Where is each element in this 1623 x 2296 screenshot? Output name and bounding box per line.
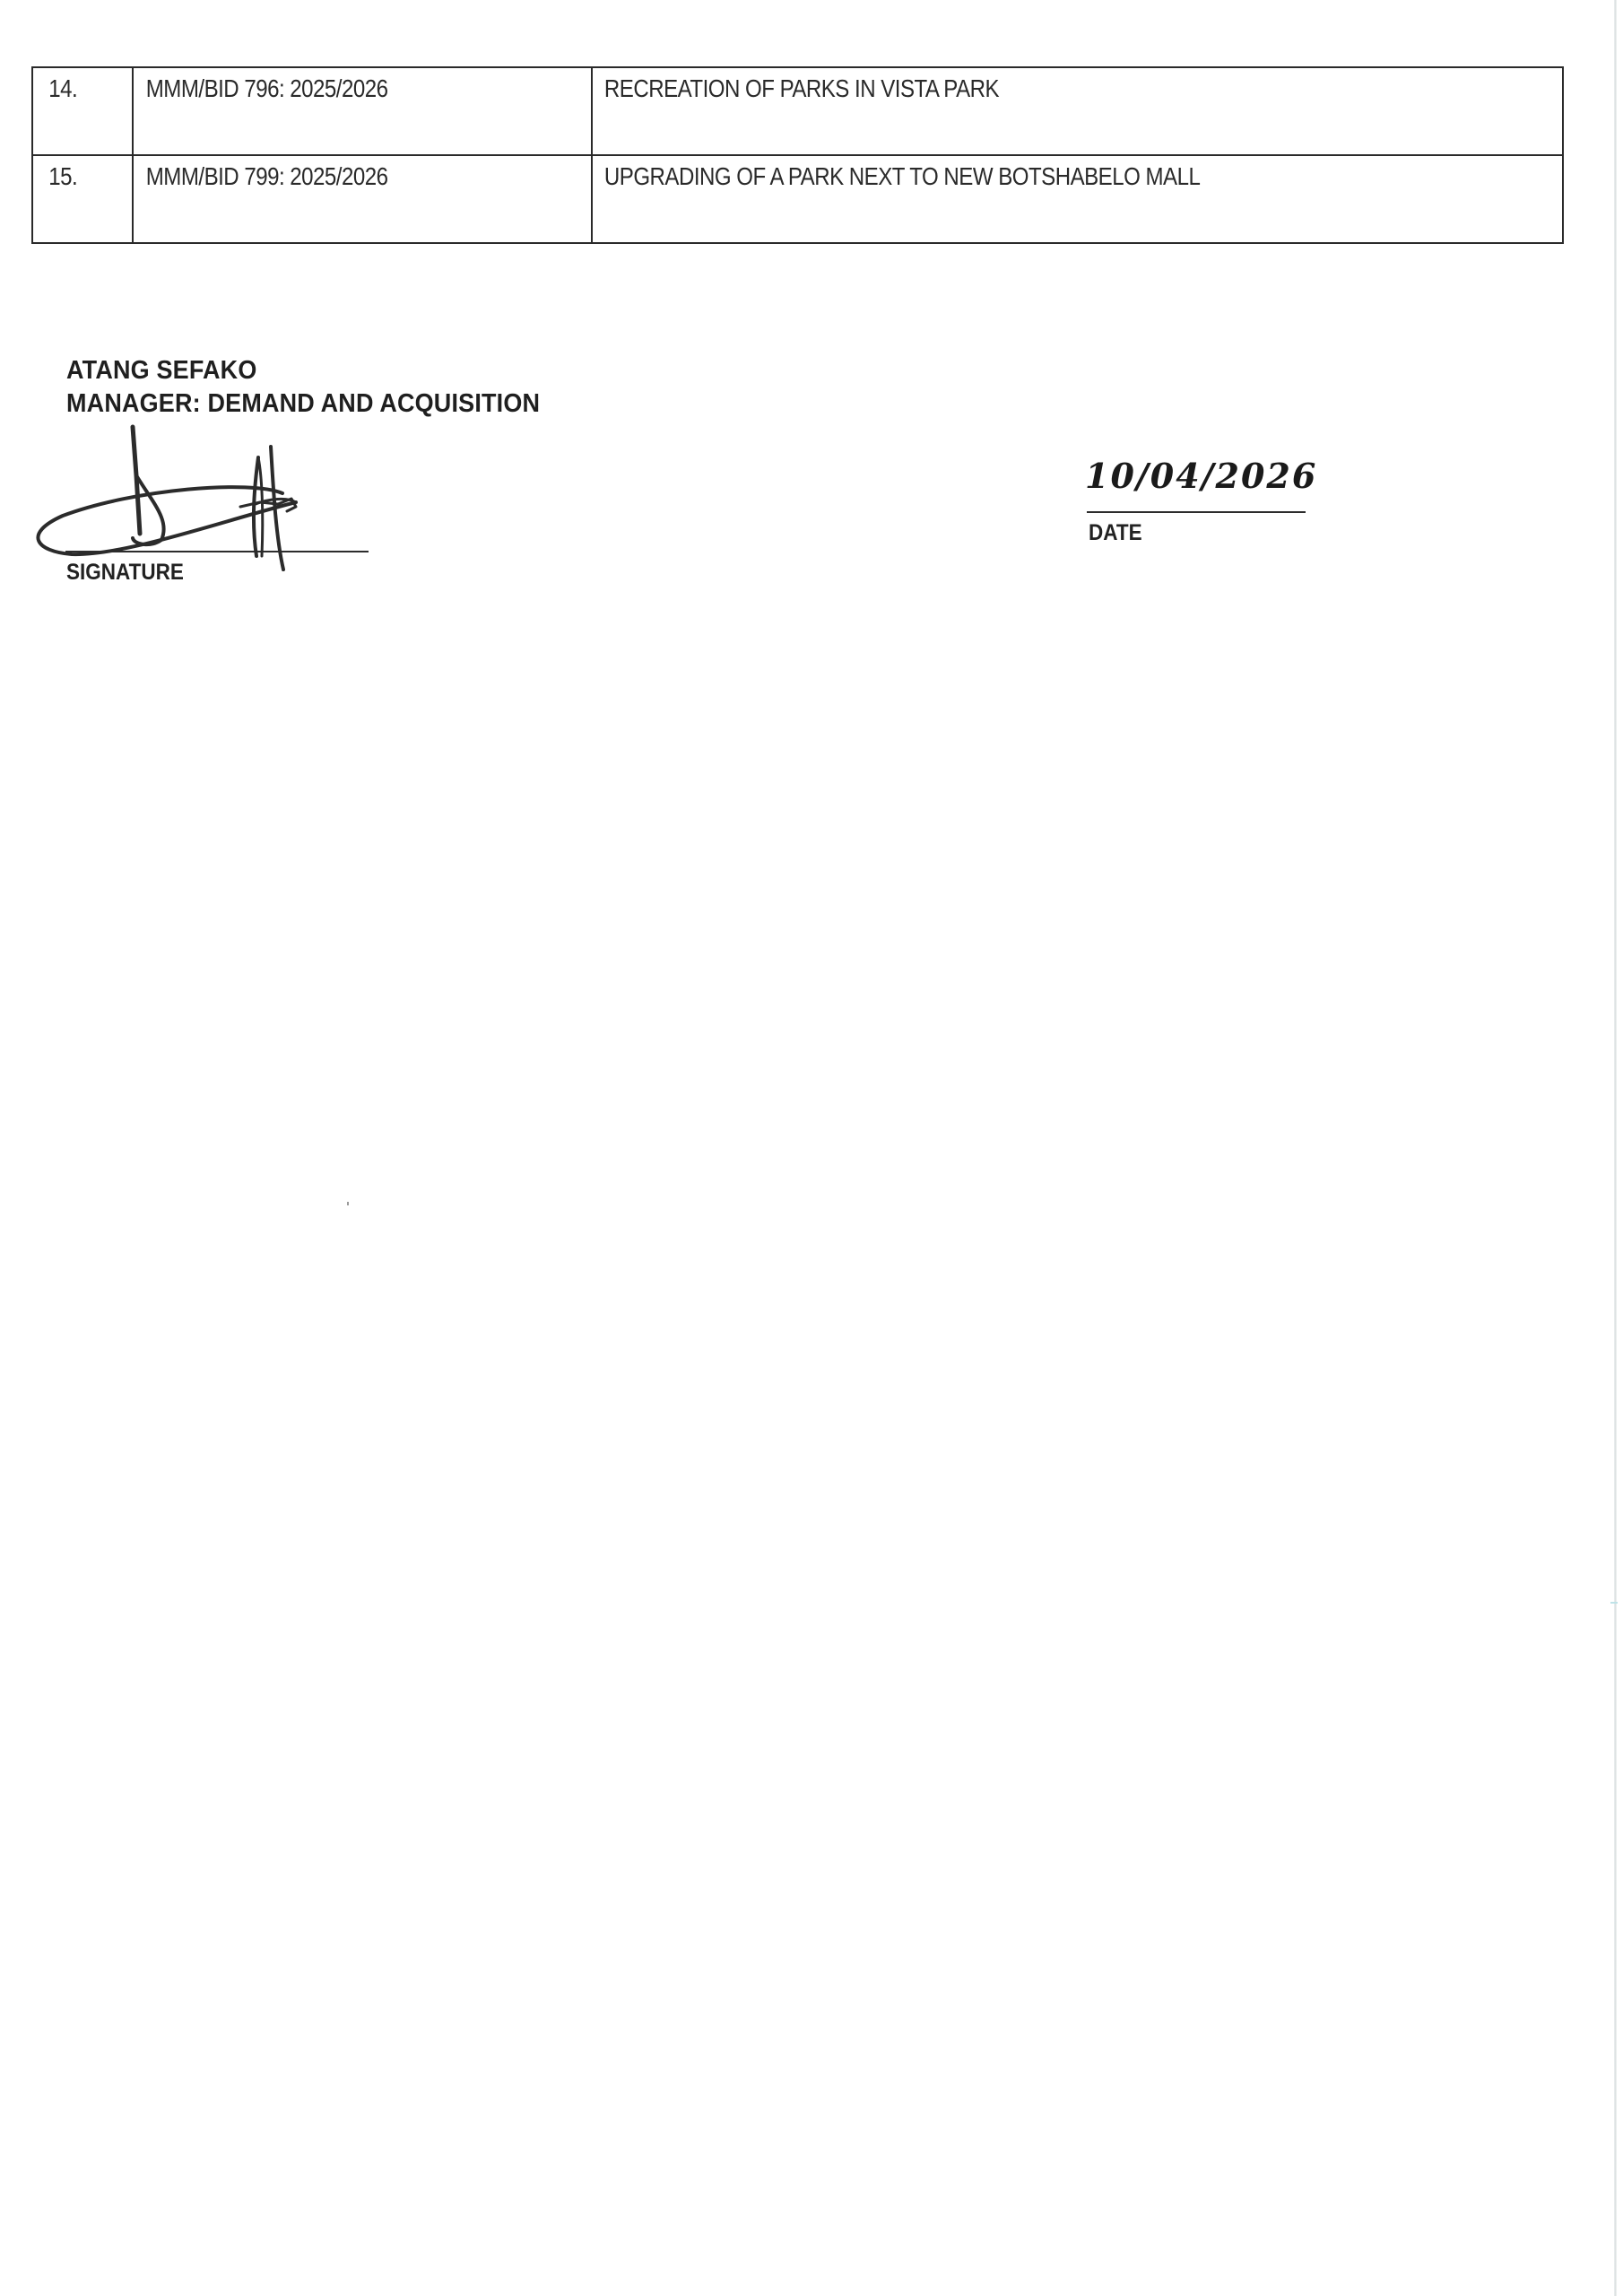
table-row: 15. MMM/BID 799: 2025/2026 UPGRADING OF …: [32, 155, 1563, 243]
signatory-title: MANAGER: DEMAND AND ACQUISITION: [66, 387, 540, 421]
scan-edge-artifact: [1614, 0, 1617, 2296]
scan-mark-artifact: [1610, 1602, 1618, 1604]
bid-reference: MMM/BID 796: 2025/2026: [134, 68, 527, 103]
scan-speck-artifact: [347, 1202, 349, 1205]
bid-reference-cell: MMM/BID 799: 2025/2026: [133, 155, 592, 243]
bid-reference: MMM/BID 799: 2025/2026: [134, 156, 527, 191]
bid-number-cell: 15.: [32, 155, 133, 243]
bid-description: RECREATION OF PARKS IN VISTA PARK: [593, 68, 1427, 103]
signatory-name: ATANG SEFAKO: [66, 354, 540, 387]
handwritten-date: 10/04/2026: [1085, 456, 1317, 496]
bid-number: 15.: [33, 156, 118, 191]
handwritten-signature-icon: [27, 422, 350, 601]
signatory-block: ATANG SEFAKO MANAGER: DEMAND AND ACQUISI…: [66, 354, 576, 421]
date-line: [1087, 511, 1306, 513]
table-row: 14. MMM/BID 796: 2025/2026 RECREATION OF…: [32, 67, 1563, 155]
bid-number-cell: 14.: [32, 67, 133, 155]
bid-description-cell: RECREATION OF PARKS IN VISTA PARK: [592, 67, 1563, 155]
bid-description-cell: UPGRADING OF A PARK NEXT TO NEW BOTSHABE…: [592, 155, 1563, 243]
bid-table: 14. MMM/BID 796: 2025/2026 RECREATION OF…: [31, 66, 1564, 244]
date-label: DATE: [1089, 520, 1142, 546]
bid-reference-cell: MMM/BID 796: 2025/2026: [133, 67, 592, 155]
bid-description: UPGRADING OF A PARK NEXT TO NEW BOTSHABE…: [593, 156, 1427, 191]
bid-number: 14.: [33, 68, 118, 103]
